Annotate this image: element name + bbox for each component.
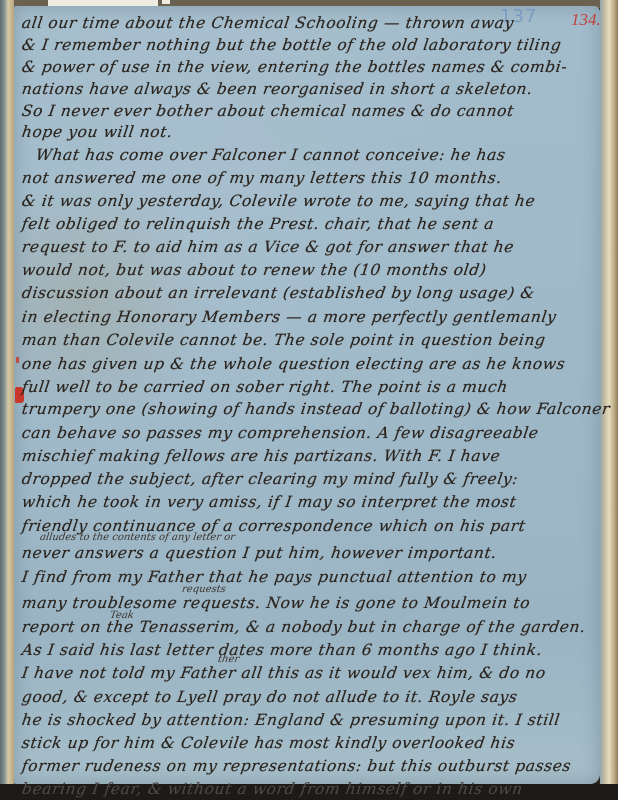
text-line: bearing I fear, & without a word from hi…: [21, 780, 524, 798]
text-line: & it was only yesterday, Colevile wrote …: [21, 192, 537, 210]
text-line: stick up for him & Colevile has most kin…: [21, 734, 517, 752]
text-line: one has given up & the whole question el…: [21, 355, 567, 373]
text-line: can behave so passes my comprehension. A…: [21, 424, 540, 442]
text-line: report on the Tenasserim, & a nobody but…: [21, 618, 587, 636]
text-line: all our time about the Chemical Schoolin…: [21, 14, 515, 32]
text-line: trumpery one (showing of hands instead o…: [21, 400, 612, 418]
text-line: discussion about an irrelevant (establis…: [21, 284, 536, 302]
text-line: I have not told my Father all this as it…: [21, 664, 547, 682]
text-line: I find from my Father that he pays punct…: [21, 568, 528, 586]
text-line: would not, but was about to renew the (1…: [21, 261, 488, 279]
page-number-red: 134.: [571, 10, 601, 30]
text-line: felt obliged to relinquish the Prest. ch…: [21, 215, 496, 233]
text-line: good, & except to Lyell pray do not allu…: [21, 688, 519, 706]
book-binding: [0, 0, 14, 800]
top-paper-tab-small: [162, 0, 170, 4]
text-line: former rudeness on my representations: b…: [21, 757, 573, 775]
text-line: request to F. to aid him as a Vice & got…: [21, 238, 516, 256]
text-line: So I never ever bother about chemical na…: [21, 102, 516, 120]
text-line: & power of use in the view, entering the…: [21, 58, 569, 76]
text-line: nations have always & been reorganised i…: [21, 80, 534, 98]
text-line: As I said his last letter dates more tha…: [21, 641, 544, 659]
text-line: & I remember nothing but the bottle of t…: [21, 36, 563, 54]
text-line: he is shocked by attention: England & pr…: [21, 711, 562, 729]
manuscript-scan: 137 134. all our time about the Chemical…: [0, 0, 618, 800]
text-line: never answers a question I put him, howe…: [21, 544, 498, 562]
text-line: not answered me one of my many letters t…: [21, 169, 504, 187]
red-ink-speck: [16, 357, 19, 363]
text-line: full well to be carried on sober right. …: [21, 378, 509, 396]
text-line: hope you will not.: [21, 123, 174, 141]
text-line: mischief making fellows are his partizan…: [21, 447, 502, 465]
text-line: many troublesome requests. Now he is gon…: [21, 594, 532, 612]
interlinear-note: alludes to the contents of any letter or: [39, 532, 235, 543]
text-line: dropped the subject, after clearing my m…: [21, 470, 520, 488]
text-line: man than Colevile cannot be. The sole po…: [21, 331, 547, 349]
text-line: What has come over Falconer I cannot con…: [35, 146, 507, 164]
text-line: which he took in very amiss, if I may so…: [21, 493, 518, 511]
text-line: in electing Honorary Members — a more pe…: [21, 308, 558, 326]
